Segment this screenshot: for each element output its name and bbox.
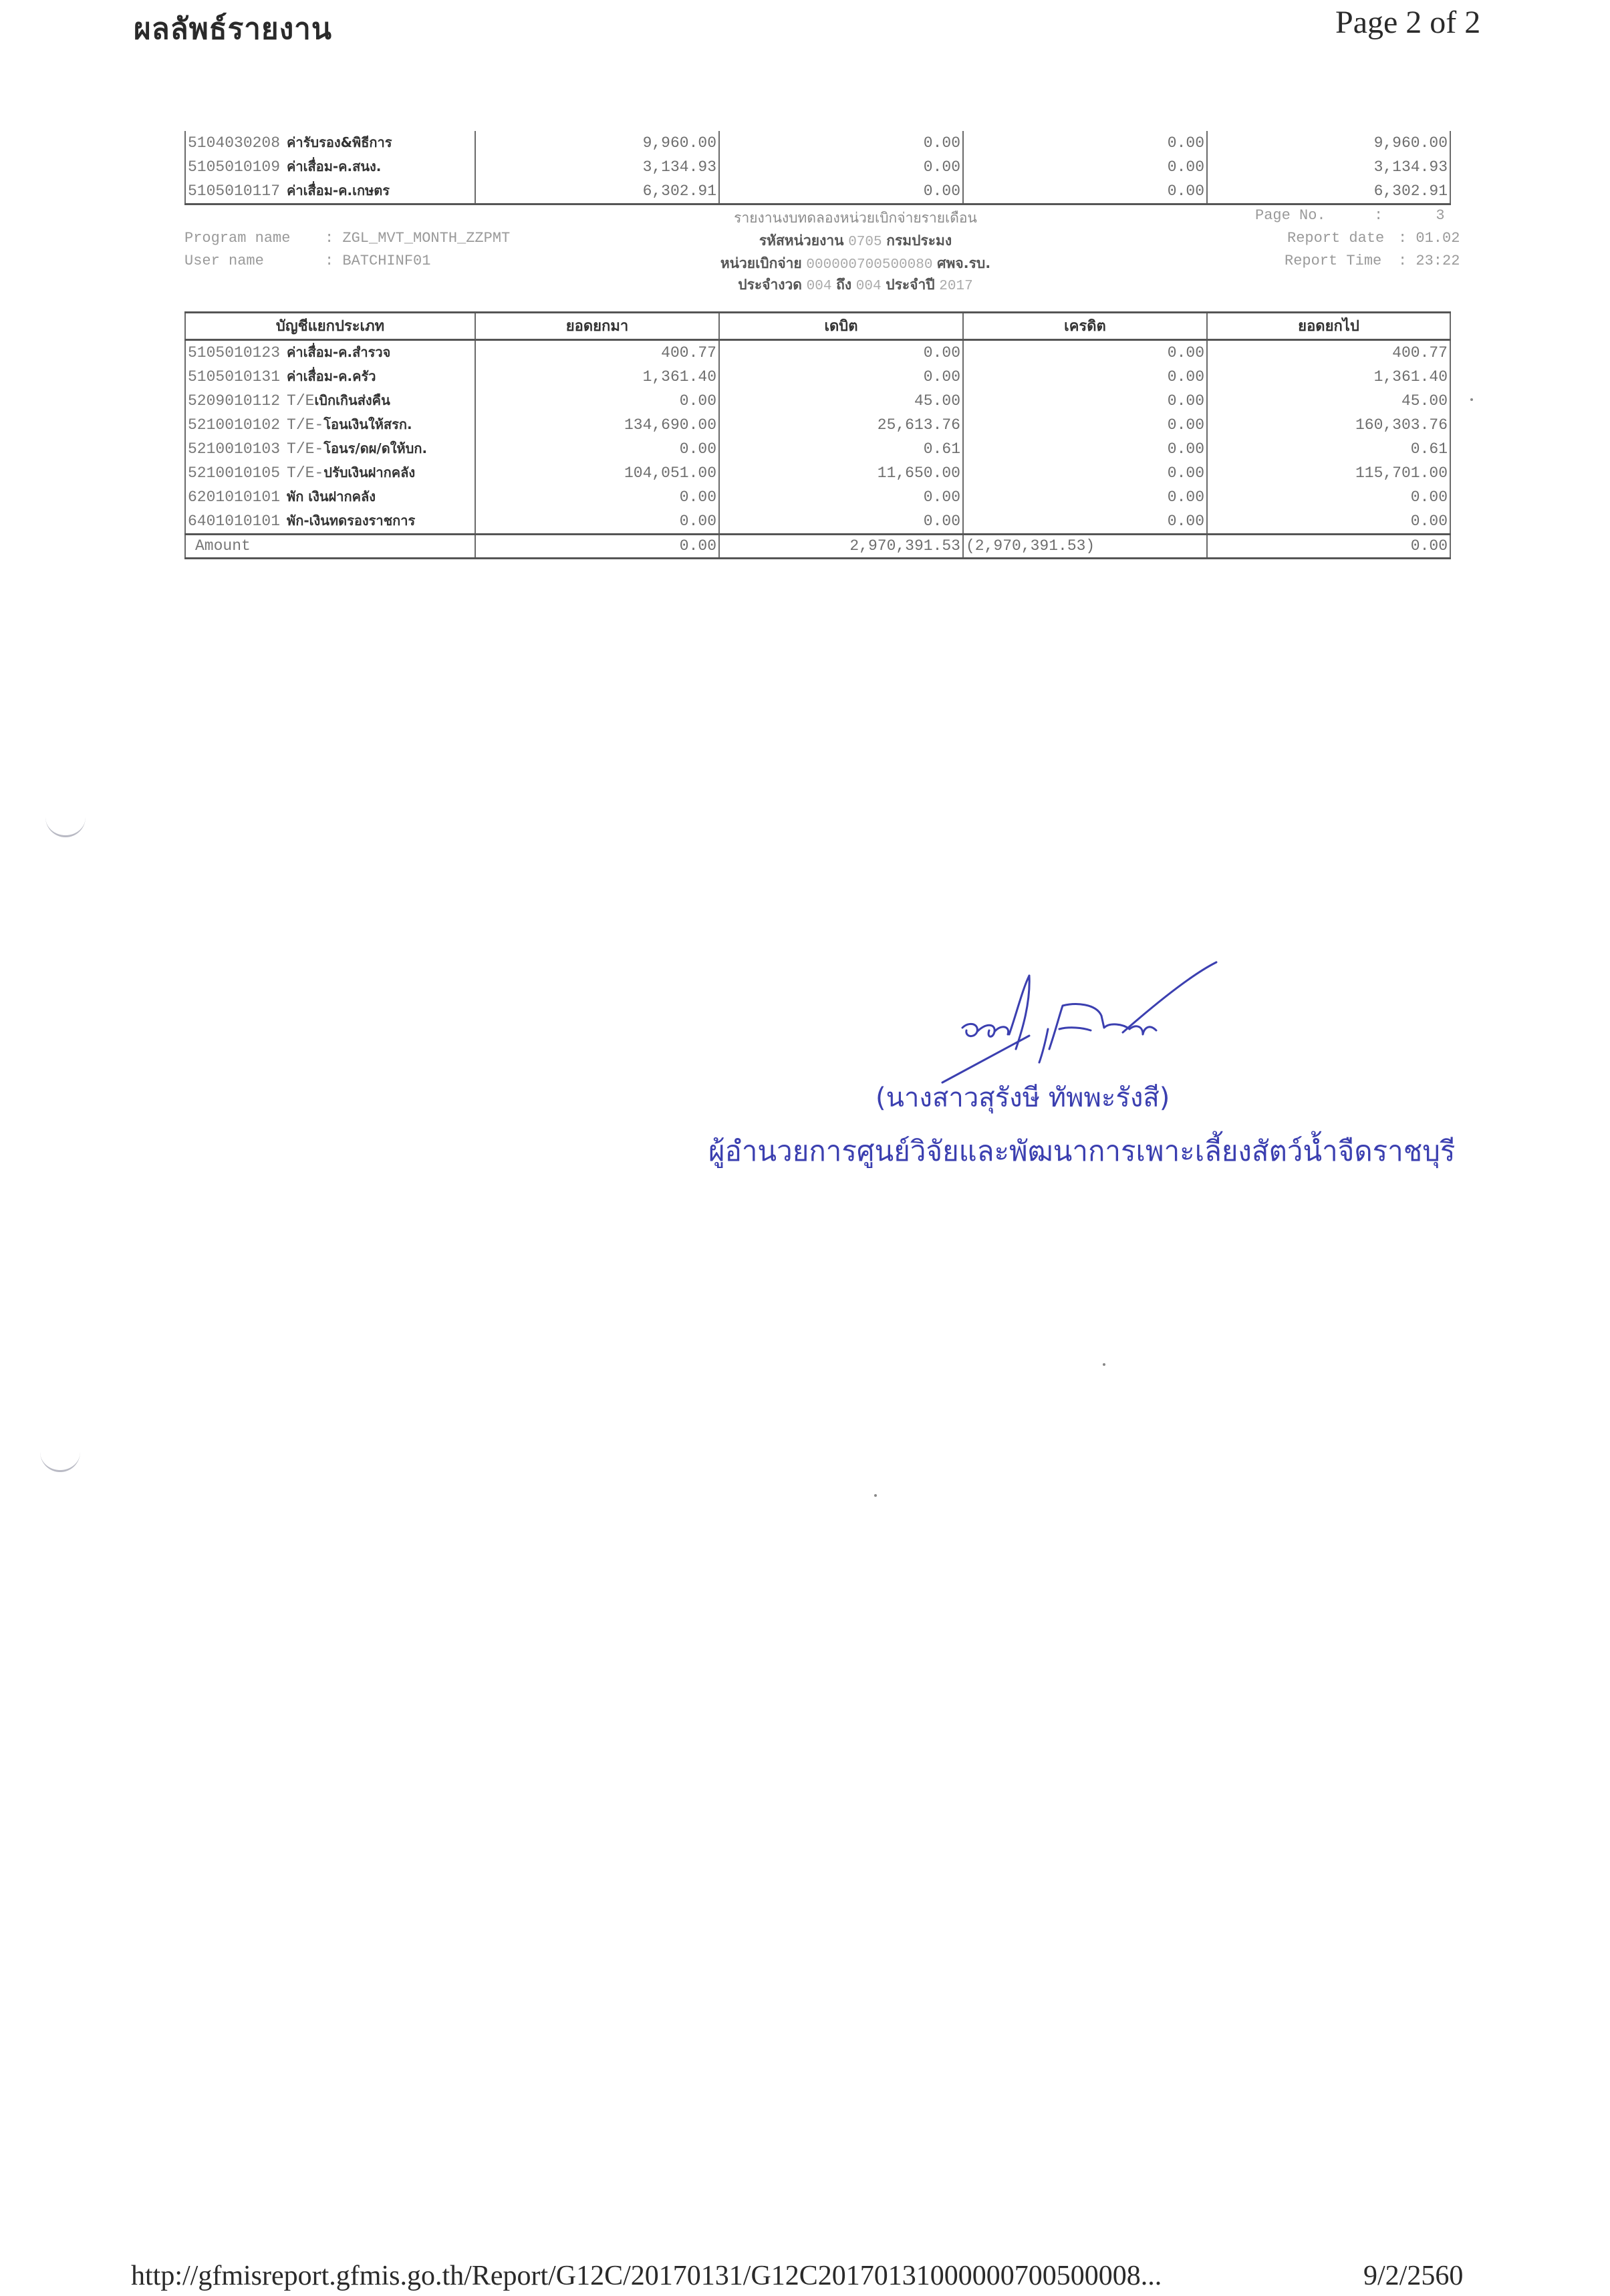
period-to: 004: [856, 279, 882, 294]
user-name-label: User name: [184, 253, 264, 269]
credit-cell: 0.00: [963, 389, 1207, 413]
total-label: Amount: [185, 535, 475, 559]
debit-cell: 0.00: [719, 340, 963, 366]
brought-forward-cell: 0.00: [475, 437, 719, 461]
account-name: T/E-โอนร/ดผ/ดให้บก.: [287, 440, 427, 456]
account-name-text: เบิกเกินส่งคืน: [314, 392, 390, 408]
brought-forward-cell: 104,051.00: [475, 461, 719, 485]
carried-forward-cell: 1,361.40: [1207, 365, 1450, 389]
report-date-value: : 01.02: [1398, 230, 1460, 247]
report-date-label: Report date: [1287, 230, 1384, 247]
signatory-title: ผู้อำนวยการศูนย์วิจัยและพัฒนาการเพาะเลี้…: [708, 1129, 1455, 1173]
account-name: ค่าเสื่อม-ค.เกษตร: [287, 182, 390, 198]
account-cell: 5209010112T/Eเบิกเกินส่งคืน: [185, 389, 475, 413]
page-no-value: : 3: [1374, 207, 1445, 224]
column-header-credit: เครดิต: [963, 313, 1207, 340]
debit-cell: 25,613.76: [719, 413, 963, 437]
signatory-name: (นางสาวสุรังษี ทัพพะรังสี): [876, 1076, 1170, 1119]
account-code: 5104030208: [188, 134, 280, 152]
table-row: 5105010117ค่าเสื่อม-ค.เกษตร 6,302.91 0.0…: [185, 179, 1450, 204]
account-cell: 5104030208ค่ารับรอง&พิธีการ: [185, 131, 475, 155]
credit-cell: 0.00: [963, 179, 1207, 204]
account-name-prefix: T/E-: [287, 416, 323, 434]
disbursing-unit-code: 000000700500080: [806, 257, 932, 273]
punch-hole-mark: [45, 815, 86, 837]
account-code: 5210010105: [188, 464, 280, 482]
debit-cell: 0.00: [719, 131, 963, 155]
period-to-label: ถึง: [836, 277, 851, 293]
account-cell: 5105010123ค่าเสื่อม-ค.สำรวจ: [185, 340, 475, 366]
handwritten-signature-icon: [922, 949, 1297, 1096]
carried-forward-cell: 0.00: [1207, 485, 1450, 509]
account-name: พัก-เงินทดรองราชการ: [287, 513, 415, 529]
account-name: ค่าเสื่อม-ค.สำรวจ: [287, 344, 390, 360]
account-cell: 5105010109ค่าเสื่อม-ค.สนง.: [185, 155, 475, 179]
disbursing-unit-name: ศพจ.รบ.: [937, 255, 990, 271]
brought-forward-cell: 400.77: [475, 340, 719, 366]
table-row: 5104030208ค่ารับรอง&พิธีการ 9,960.00 0.0…: [185, 131, 1450, 155]
credit-cell: 0.00: [963, 413, 1207, 437]
brought-forward-cell: 0.00: [475, 485, 719, 509]
table-row: 5210010105T/E-ปรับเงินฝากคลัง104,051.001…: [185, 461, 1450, 485]
account-name: ค่าเสื่อม-ค.สนง.: [287, 158, 381, 174]
debit-cell: 11,650.00: [719, 461, 963, 485]
total-carried-forward: 0.00: [1207, 535, 1450, 559]
column-header-account: บัญชีแยกประเภท: [185, 313, 475, 340]
credit-cell: 0.00: [963, 437, 1207, 461]
credit-cell: 0.00: [963, 461, 1207, 485]
column-header-carried-forward: ยอดยกไป: [1207, 313, 1450, 340]
account-cell: 5105010131ค่าเสื่อม-ค.ครัว: [185, 365, 475, 389]
column-header-debit: เดบิต: [719, 313, 963, 340]
agency-code: 0705: [848, 235, 882, 250]
credit-cell: 0.00: [963, 365, 1207, 389]
table-row: 5209010112T/Eเบิกเกินส่งคืน0.0045.000.00…: [185, 389, 1450, 413]
account-name: ค่ารับรอง&พิธีการ: [287, 134, 392, 150]
table-row: 5105010131ค่าเสื่อม-ค.ครัว1,361.400.000.…: [185, 365, 1450, 389]
table-header-row: บัญชีแยกประเภท ยอดยกมา เดบิต เครดิต ยอดย…: [185, 313, 1450, 340]
account-cell: 5210010105T/E-ปรับเงินฝากคลัง: [185, 461, 475, 485]
account-name: ค่าเสื่อม-ค.ครัว: [287, 368, 376, 384]
year-value: 2017: [939, 279, 972, 294]
account-code: 5209010112: [188, 392, 280, 410]
period-label: ประจำงวด: [738, 277, 802, 293]
carried-forward-cell: 400.77: [1207, 340, 1450, 366]
total-debit: 2,970,391.53: [719, 535, 963, 559]
agency-line: รหัสหน่วยงาน 0705 กรมประมง: [622, 230, 1089, 252]
disbursing-unit-label: หน่วยเบิกจ่าย: [720, 255, 802, 271]
program-name-label: Program name: [184, 230, 290, 247]
scan-speck: [874, 1494, 877, 1497]
total-credit: (2,970,391.53): [963, 535, 1207, 559]
brought-forward-cell: 134,690.00: [475, 413, 719, 437]
carried-forward-cell: 45.00: [1207, 389, 1450, 413]
table-row: 5105010109ค่าเสื่อม-ค.สนง. 3,134.93 0.00…: [185, 155, 1450, 179]
brought-forward-cell: 6,302.91: [475, 179, 719, 204]
debit-cell: 0.00: [719, 485, 963, 509]
account-code: 5210010102: [188, 416, 280, 434]
period-from: 004: [807, 279, 832, 294]
credit-cell: 0.00: [963, 155, 1207, 179]
debit-cell: 0.00: [719, 365, 963, 389]
carried-forward-cell: 160,303.76: [1207, 413, 1450, 437]
credit-cell: 0.00: [963, 509, 1207, 535]
account-name-text: พัก เงินฝากคลัง: [287, 488, 376, 505]
credit-cell: 0.00: [963, 485, 1207, 509]
account-name-text: พัก-เงินทดรองราชการ: [287, 513, 415, 529]
agency-name: กรมประมง: [886, 233, 952, 249]
credit-cell: 0.00: [963, 340, 1207, 366]
account-cell: 5105010117ค่าเสื่อม-ค.เกษตร: [185, 179, 475, 204]
carried-forward-cell: 3,134.93: [1207, 155, 1450, 179]
debit-cell: 45.00: [719, 389, 963, 413]
debit-cell: 0.00: [719, 179, 963, 204]
account-cell: 5210010102T/E-โอนเงินให้สรก.: [185, 413, 475, 437]
account-name-text: โอนเงินให้สรก.: [323, 416, 412, 432]
account-name: พัก เงินฝากคลัง: [287, 488, 376, 505]
account-code: 5210010103: [188, 440, 280, 458]
account-name: T/E-ปรับเงินฝากคลัง: [287, 464, 415, 480]
top-continuation-table: 5104030208ค่ารับรอง&พิธีการ 9,960.00 0.0…: [184, 131, 1451, 205]
table-row: 5105010123ค่าเสื่อม-ค.สำรวจ400.770.000.0…: [185, 340, 1450, 366]
user-name-value: : BATCHINF01: [325, 253, 430, 269]
account-name: T/Eเบิกเกินส่งคืน: [287, 392, 390, 408]
page-indicator: Page 2 of 2: [1335, 4, 1480, 41]
account-name-prefix: T/E-: [287, 464, 323, 482]
account-code: 5105010117: [188, 182, 280, 200]
brought-forward-cell: 0.00: [475, 509, 719, 535]
account-cell: 6201010101พัก เงินฝากคลัง: [185, 485, 475, 509]
report-time-label: Report Time: [1285, 253, 1381, 269]
credit-cell: 0.00: [963, 131, 1207, 155]
account-name-prefix: T/E-: [287, 440, 323, 458]
account-name-text: ค่าเสื่อม-ค.สำรวจ: [287, 344, 390, 360]
account-code: 6201010101: [188, 488, 280, 506]
table-row: 5210010103T/E-โอนร/ดผ/ดให้บก.0.000.610.0…: [185, 437, 1450, 461]
account-code: 5105010109: [188, 158, 280, 176]
year-label: ประจำปี: [886, 277, 934, 293]
total-brought-forward: 0.00: [475, 535, 719, 559]
carried-forward-cell: 6,302.91: [1207, 179, 1450, 204]
account-code: 5105010131: [188, 368, 280, 386]
table-row: 6201010101พัก เงินฝากคลัง0.000.000.000.0…: [185, 485, 1450, 509]
footer-date: 9/2/2560: [1363, 2260, 1463, 2292]
debit-cell: 0.00: [719, 509, 963, 535]
account-cell: 6401010101พัก-เงินทดรองราชการ: [185, 509, 475, 535]
scan-speck: [1470, 398, 1473, 401]
report-time-value: : 23:22: [1398, 253, 1460, 269]
carried-forward-cell: 0.61: [1207, 437, 1450, 461]
debit-cell: 0.00: [719, 155, 963, 179]
carried-forward-cell: 0.00: [1207, 509, 1450, 535]
scan-speck: [1103, 1363, 1105, 1366]
account-code: 6401010101: [188, 513, 280, 530]
account-name-text: ค่าเสื่อม-ค.ครัว: [287, 368, 376, 384]
carried-forward-cell: 115,701.00: [1207, 461, 1450, 485]
page-no-label: Page No.: [1255, 207, 1326, 224]
carried-forward-cell: 9,960.00: [1207, 131, 1450, 155]
disbursing-unit-line: หน่วยเบิกจ่าย 000000700500080 ศพจ.รบ.: [622, 253, 1089, 275]
footer-url: http://gfmisreport.gfmis.go.th/Report/G1…: [131, 2260, 1162, 2292]
period-line: ประจำงวด 004 ถึง 004 ประจำปี 2017: [622, 274, 1089, 296]
column-header-brought-forward: ยอดยกมา: [475, 313, 719, 340]
punch-hole-mark: [40, 1450, 80, 1472]
program-name-value: : ZGL_MVT_MONTH_ZZPMT: [325, 230, 510, 247]
account-name-prefix: T/E: [287, 392, 314, 410]
agency-label: รหัสหน่วยงาน: [759, 233, 844, 249]
brought-forward-cell: 3,134.93: [475, 155, 719, 179]
account-name-text: โอนร/ดผ/ดให้บก.: [323, 440, 427, 456]
table-row: 6401010101พัก-เงินทดรองราชการ0.000.000.0…: [185, 509, 1450, 535]
account-cell: 5210010103T/E-โอนร/ดผ/ดให้บก.: [185, 437, 475, 461]
brought-forward-cell: 0.00: [475, 389, 719, 413]
account-code: 5105010123: [188, 344, 280, 362]
brought-forward-cell: 9,960.00: [475, 131, 719, 155]
table-row: 5210010102T/E-โอนเงินให้สรก.134,690.0025…: [185, 413, 1450, 437]
report-title: รายงานงบทดลองหน่วยเบิกจ่ายรายเดือน: [622, 207, 1089, 229]
trial-balance-table: บัญชีแยกประเภท ยอดยกมา เดบิต เครดิต ยอดย…: [184, 311, 1451, 559]
account-name: T/E-โอนเงินให้สรก.: [287, 416, 412, 432]
debit-cell: 0.61: [719, 437, 963, 461]
page-title: ผลลัพธ์รายงาน: [134, 5, 332, 52]
brought-forward-cell: 1,361.40: [475, 365, 719, 389]
total-row: Amount 0.00 2,970,391.53 (2,970,391.53) …: [185, 535, 1450, 559]
account-name-text: ปรับเงินฝากคลัง: [323, 464, 415, 480]
